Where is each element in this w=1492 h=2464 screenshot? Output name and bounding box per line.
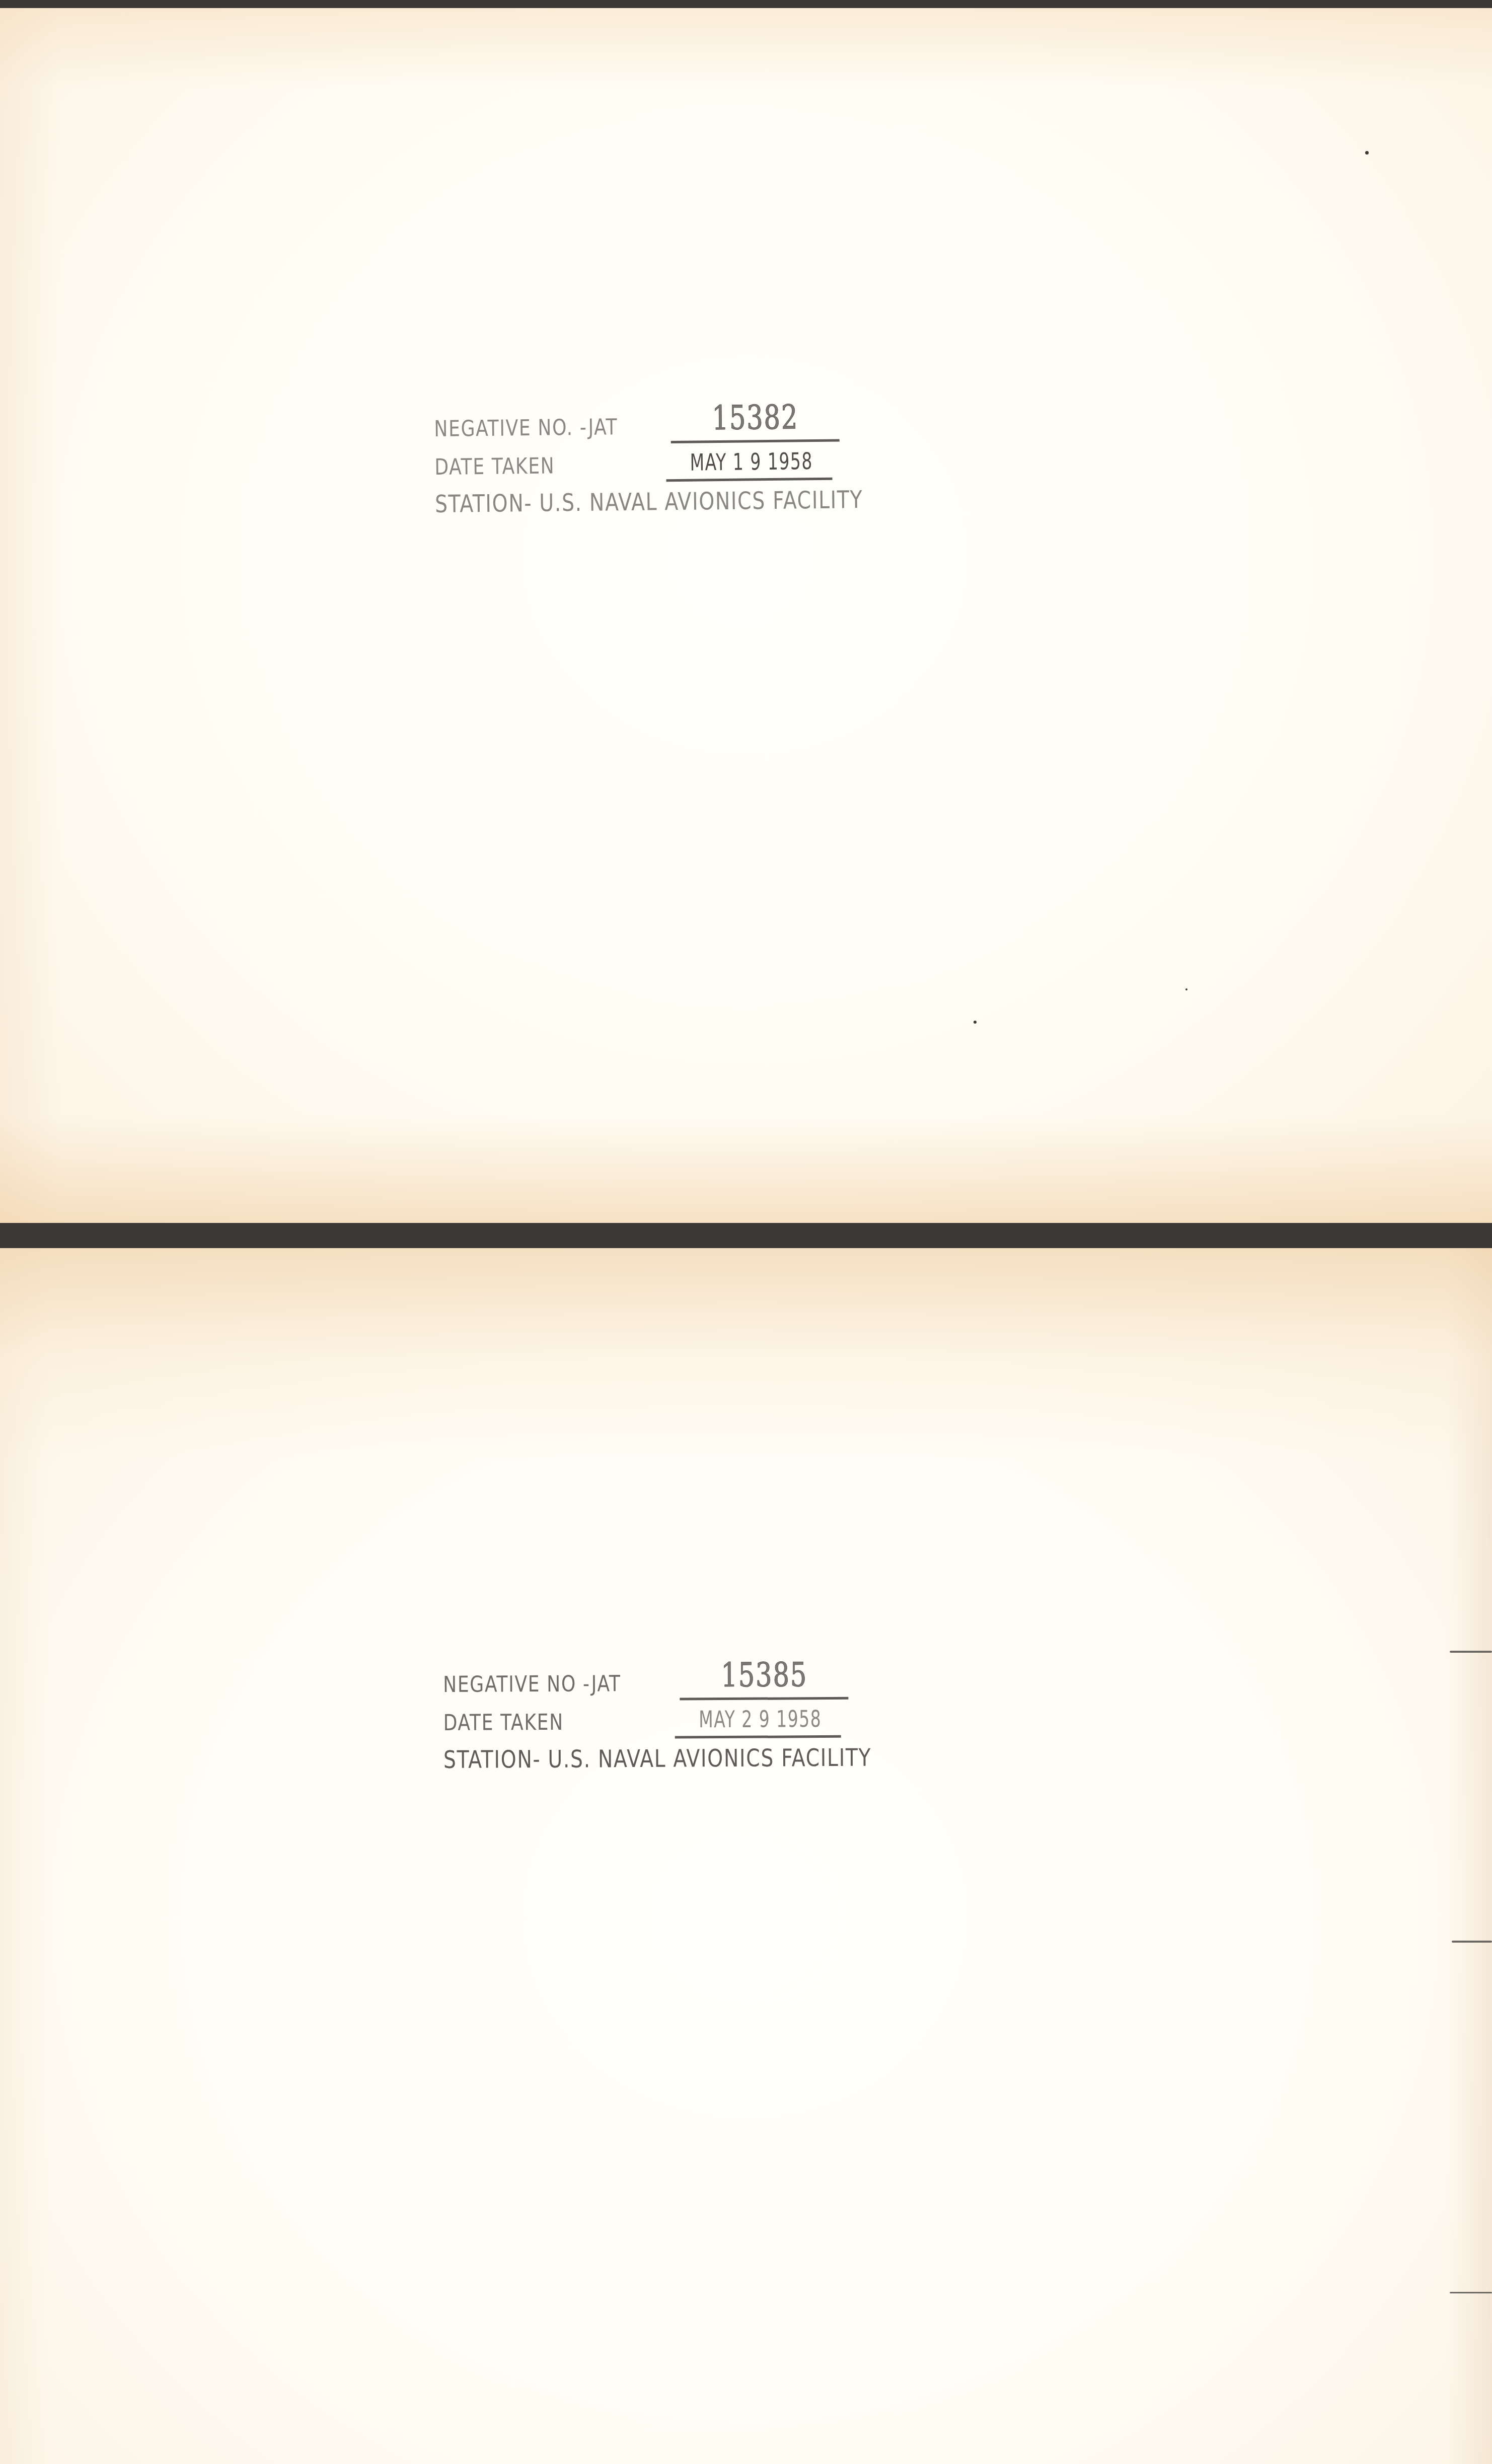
date-taken-field: MAY 2 9 1958 [675,1705,841,1739]
paper-edge-crease [1450,1651,1492,1653]
negative-number-field: 15382 [670,398,840,444]
paper-edge-crease [1450,2292,1492,2293]
station-label: STATION- U.S. NAVAL AVIONICS FACILITY [443,1744,871,1774]
paper-speck [1365,151,1369,155]
photo-print-back-2 [0,1248,1492,2464]
date-taken-label: DATE TAKEN [443,1710,563,1736]
photo-stamp-2: NEGATIVE NO -JAT 15385 DATE TAKEN MAY 2 … [443,1663,443,1778]
date-taken-value: MAY 2 9 1958 [699,1705,822,1736]
negative-number-value: 15385 [721,1655,807,1698]
date-taken-field: MAY 1 9 1958 [666,447,833,482]
paper-speck [974,1021,977,1024]
scanner-background-top [0,0,1492,8]
station-label: STATION- U.S. NAVAL AVIONICS FACILITY [435,486,863,518]
paper-edge-crease [1452,1941,1492,1943]
station-row: STATION- U.S. NAVAL AVIONICS FACILITY [435,484,435,522]
negative-number-field: 15385 [680,1655,848,1701]
negative-number-label: NEGATIVE NO. -JAT [434,414,618,442]
date-taken-value: MAY 1 9 1958 [690,447,813,479]
paper-speck [1185,988,1187,990]
photo-print-back-1 [0,8,1492,1226]
date-taken-label: DATE TAKEN [434,453,555,480]
negative-number-label: NEGATIVE NO -JAT [443,1671,621,1698]
negative-number-value: 15382 [712,398,798,440]
